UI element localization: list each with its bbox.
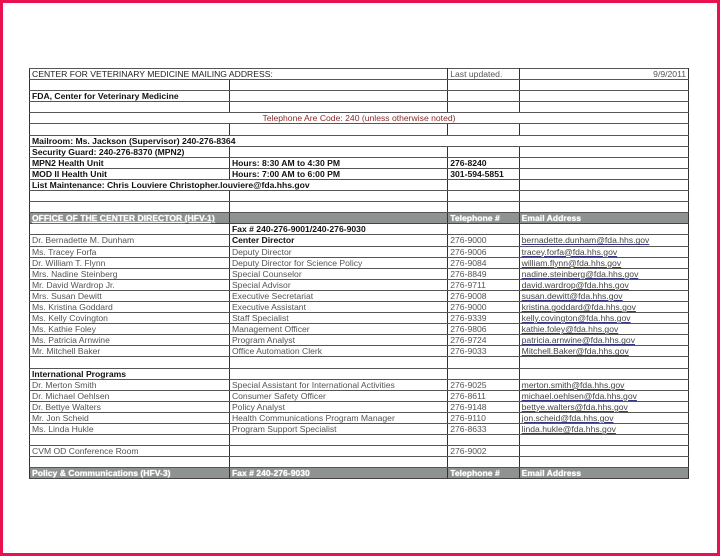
contact-name[interactable]: Dr. Bettye Walters xyxy=(30,401,230,412)
contact-title[interactable]: Program Support Specialist xyxy=(229,424,447,435)
blank-row xyxy=(30,202,689,213)
section2-title[interactable]: Policy & Communications (HFV-3) xyxy=(30,468,230,479)
contact-row: Ms. Kelly CovingtonStaff Specialist276-9… xyxy=(30,313,689,324)
email-link[interactable]: patricia.arnwine@fda.hhs.gov xyxy=(522,335,635,345)
mpn2-label[interactable]: MPN2 Health Unit xyxy=(30,157,230,168)
conference-room[interactable]: CVM OD Conference Room xyxy=(30,446,230,457)
security-info[interactable]: Security Guard: 240-276-8370 (MPN2) xyxy=(30,146,230,157)
security-row: Security Guard: 240-276-8370 (MPN2) xyxy=(30,146,689,157)
sheet-title[interactable]: CENTER FOR VETERINARY MEDICINE MAILING A… xyxy=(30,69,448,80)
contact-title[interactable]: Office Automation Clerk xyxy=(229,346,447,357)
contact-email[interactable]: susan.dewitt@fda.hhs.gov xyxy=(519,290,688,301)
contact-row: Ms. Patricia ArnwineProgram Analyst276-9… xyxy=(30,335,689,346)
contact-name[interactable]: Mr. Mitchell Baker xyxy=(30,346,230,357)
contact-email[interactable]: Mitchell.Baker@fda.hhs.gov xyxy=(519,346,688,357)
contact-name[interactable]: Dr. Bernadette M. Dunham xyxy=(30,235,230,246)
mailroom-row: Mailroom: Ms. Jackson (Supervisor) 240-2… xyxy=(30,135,689,146)
email-link[interactable]: Mitchell.Baker@fda.hhs.gov xyxy=(522,346,629,356)
mpn2-hours[interactable]: Hours: 8:30 AM to 4:30 PM xyxy=(229,157,447,168)
contact-email[interactable]: david.wardrop@fda.hhs.gov xyxy=(519,279,688,290)
contact-email[interactable]: nadine.steinberg@fda.hhs.gov xyxy=(519,268,688,279)
section2-header-row: Policy & Communications (HFV-3) Fax # 24… xyxy=(30,468,689,479)
title-row: CENTER FOR VETERINARY MEDICINE MAILING A… xyxy=(30,69,689,80)
international-title[interactable]: International Programs xyxy=(30,368,230,379)
contact-email[interactable]: bettye.walters@fda.hhs.gov xyxy=(519,401,688,412)
footer-block: CVM OD Conference Room 276-9002 Policy &… xyxy=(30,435,689,479)
mpn2-phone[interactable]: 276-8240 xyxy=(448,157,519,168)
contact-title[interactable]: Special Assistant for International Acti… xyxy=(229,379,447,390)
contact-row: Ms. Linda HukleProgram Support Specialis… xyxy=(30,424,689,435)
blank-row xyxy=(30,80,689,91)
conference-row: CVM OD Conference Room 276-9002 xyxy=(30,446,689,457)
email-link[interactable]: tracey.forfa@fda.hhs.gov xyxy=(522,247,618,257)
blank-row xyxy=(30,357,689,368)
contact-phone[interactable]: 276-9724 xyxy=(448,335,519,346)
contact-email[interactable]: tracey.forfa@fda.hhs.gov xyxy=(519,246,688,257)
section1-contacts: Dr. Bernadette M. DunhamCenter Director2… xyxy=(30,235,689,357)
last-updated-label[interactable]: Last updated. xyxy=(448,69,519,80)
contact-row: Dr. Michael OehlsenConsumer Safety Offic… xyxy=(30,390,689,401)
list-maintenance-row: List Maintenance: Chris Louviere Christo… xyxy=(30,179,689,190)
email-link[interactable]: kristina.goddard@fda.hhs.gov xyxy=(522,302,636,312)
contact-row: Mr. David Wardrop Jr.Special Advisor276-… xyxy=(30,279,689,290)
mod2-label[interactable]: MOD II Health Unit xyxy=(30,168,230,179)
contact-name[interactable]: Dr. William T. Flynn xyxy=(30,257,230,268)
contact-phone[interactable]: 276-8849 xyxy=(448,268,519,279)
contact-name[interactable]: Ms. Kathie Foley xyxy=(30,324,230,335)
contact-row: Dr. Bettye WaltersPolicy Analyst276-9148… xyxy=(30,401,689,412)
contact-row: Dr. Merton SmithSpecial Assistant for In… xyxy=(30,379,689,390)
contact-title[interactable]: Staff Specialist xyxy=(229,313,447,324)
contact-title[interactable]: Consumer Safety Officer xyxy=(229,390,447,401)
blank-row xyxy=(30,457,689,468)
contact-phone[interactable]: 276-9711 xyxy=(448,279,519,290)
contact-name[interactable]: Ms. Kristina Goddard xyxy=(30,301,230,312)
contact-title[interactable]: Health Communications Program Manager xyxy=(229,412,447,423)
blank-row xyxy=(30,124,689,135)
contact-name[interactable]: Dr. Michael Oehlsen xyxy=(30,390,230,401)
contact-name[interactable]: Mrs. Nadine Steinberg xyxy=(30,268,230,279)
contact-phone[interactable]: 276-9084 xyxy=(448,257,519,268)
address-line[interactable]: FDA, Center for Veterinary Medicine xyxy=(30,91,230,102)
email-link[interactable]: susan.dewitt@fda.hhs.gov xyxy=(522,291,623,301)
contact-row: Mrs. Susan DewittExecutive Secretariat27… xyxy=(30,290,689,301)
address-row: FDA, Center for Veterinary Medicine xyxy=(30,91,689,102)
contact-row: Mr. Jon ScheidHealth Communications Prog… xyxy=(30,412,689,423)
contact-email[interactable]: kathie.foley@fda.hhs.gov xyxy=(519,324,688,335)
contact-title[interactable]: Special Counselor xyxy=(229,268,447,279)
contact-phone[interactable]: 276-9148 xyxy=(448,401,519,412)
mpn2-row: MPN2 Health Unit Hours: 8:30 AM to 4:30 … xyxy=(30,157,689,168)
blank-row xyxy=(30,191,689,202)
section1-header-row: OFFICE OF THE CENTER DIRECTOR (HFV-1) Te… xyxy=(30,213,689,224)
contact-phone[interactable]: 276-9000 xyxy=(448,235,519,246)
contact-phone[interactable]: 276-9008 xyxy=(448,290,519,301)
contact-title[interactable]: Special Advisor xyxy=(229,279,447,290)
contact-email[interactable]: william.flynn@fda.hhs.gov xyxy=(519,257,688,268)
contact-phone[interactable]: 276-8633 xyxy=(448,424,519,435)
contact-name[interactable]: Dr. Merton Smith xyxy=(30,379,230,390)
email-link[interactable]: jon.scheid@fda.hhs.gov xyxy=(522,413,614,423)
blank-row xyxy=(30,435,689,446)
contact-title[interactable]: Policy Analyst xyxy=(229,401,447,412)
contact-title[interactable]: Center Director xyxy=(229,235,447,246)
section2-fax[interactable]: Fax # 240-276-9030 xyxy=(229,468,447,479)
email-link[interactable]: bettye.walters@fda.hhs.gov xyxy=(522,402,628,412)
contact-title[interactable]: Management Officer xyxy=(229,324,447,335)
blank-row xyxy=(30,102,689,113)
contact-name[interactable]: Mr. Jon Scheid xyxy=(30,412,230,423)
email-link[interactable]: william.flynn@fda.hhs.gov xyxy=(522,258,621,268)
list-maintenance[interactable]: List Maintenance: Chris Louviere Christo… xyxy=(30,179,448,190)
contact-title[interactable]: Deputy Director for Science Policy xyxy=(229,257,447,268)
section1-fax[interactable]: Fax # 240-276-9001/240-276-9030 xyxy=(229,224,447,235)
contact-name[interactable]: Ms. Tracey Forfa xyxy=(30,246,230,257)
contact-phone[interactable]: 276-9033 xyxy=(448,346,519,357)
section2-col-email[interactable]: Email Address xyxy=(519,468,688,479)
contact-email[interactable]: michael.oehlsen@fda.hhs.gov xyxy=(519,390,688,401)
contact-phone[interactable]: 276-9000 xyxy=(448,301,519,312)
contact-email[interactable]: merton.smith@fda.hhs.gov xyxy=(519,379,688,390)
contact-email[interactable]: patricia.arnwine@fda.hhs.gov xyxy=(519,335,688,346)
email-link[interactable]: nadine.steinberg@fda.hhs.gov xyxy=(522,269,639,279)
section2-col-phone[interactable]: Telephone # xyxy=(448,468,519,479)
mod2-row: MOD II Health Unit Hours: 7:00 AM to 6:0… xyxy=(30,168,689,179)
contact-phone[interactable]: 276-9025 xyxy=(448,379,519,390)
contact-email[interactable]: kelly.covington@fda.hhs.gov xyxy=(519,313,688,324)
col-phone-header[interactable]: Telephone # xyxy=(448,213,519,224)
contact-email[interactable]: jon.scheid@fda.hhs.gov xyxy=(519,412,688,423)
contact-email[interactable]: bernadette.dunham@fda.hhs.gov xyxy=(519,235,688,246)
email-link[interactable]: kelly.covington@fda.hhs.gov xyxy=(522,313,631,323)
contact-name[interactable]: Ms. Kelly Covington xyxy=(30,313,230,324)
contact-phone[interactable]: 276-9110 xyxy=(448,412,519,423)
email-link[interactable]: kathie.foley@fda.hhs.gov xyxy=(522,324,619,334)
contact-phone[interactable]: 276-9339 xyxy=(448,313,519,324)
contact-row: Mr. Mitchell BakerOffice Automation Cler… xyxy=(30,346,689,357)
contact-name[interactable]: Ms. Patricia Arnwine xyxy=(30,335,230,346)
contact-title[interactable]: Executive Assistant xyxy=(229,301,447,312)
email-link[interactable]: bernadette.dunham@fda.hhs.gov xyxy=(522,235,650,245)
international-title-row: International Programs xyxy=(30,368,689,379)
international-contacts: Dr. Merton SmithSpecial Assistant for In… xyxy=(30,379,689,434)
contact-phone[interactable]: 276-9806 xyxy=(448,324,519,335)
contact-title[interactable]: Deputy Director xyxy=(229,246,447,257)
contact-phone[interactable]: 276-8611 xyxy=(448,390,519,401)
mod2-phone[interactable]: 301-594-5851 xyxy=(448,168,519,179)
contact-row: Ms. Kathie FoleyManagement Officer276-98… xyxy=(30,324,689,335)
contact-name[interactable]: Mrs. Susan Dewitt xyxy=(30,290,230,301)
contact-name[interactable]: Ms. Linda Hukle xyxy=(30,424,230,435)
contact-title[interactable]: Program Analyst xyxy=(229,335,447,346)
last-updated-value[interactable]: 9/9/2011 xyxy=(519,69,688,80)
contact-row: Dr. Bernadette M. DunhamCenter Director2… xyxy=(30,235,689,246)
international-block: International Programs xyxy=(30,357,689,379)
email-link[interactable]: david.wardrop@fda.hhs.gov xyxy=(522,280,629,290)
contact-phone[interactable]: 276-9006 xyxy=(448,246,519,257)
fax-row: Fax # 240-276-9001/240-276-9030 xyxy=(30,224,689,235)
contact-row: Ms. Kristina GoddardExecutive Assistant2… xyxy=(30,301,689,312)
email-link[interactable]: merton.smith@fda.hhs.gov xyxy=(522,380,625,390)
contact-row: Dr. William T. FlynnDeputy Director for … xyxy=(30,257,689,268)
email-link[interactable]: michael.oehlsen@fda.hhs.gov xyxy=(522,391,637,401)
contact-name[interactable]: Mr. David Wardrop Jr. xyxy=(30,279,230,290)
mailroom-info[interactable]: Mailroom: Ms. Jackson (Supervisor) 240-2… xyxy=(30,135,689,146)
contact-spreadsheet: CENTER FOR VETERINARY MEDICINE MAILING A… xyxy=(29,68,689,479)
email-link[interactable]: linda.hukle@fda.hhs.gov xyxy=(522,424,616,434)
contact-email[interactable]: kristina.goddard@fda.hhs.gov xyxy=(519,301,688,312)
contact-email[interactable]: linda.hukle@fda.hhs.gov xyxy=(519,424,688,435)
contact-row: Mrs. Nadine SteinbergSpecial Counselor27… xyxy=(30,268,689,279)
col-email-header[interactable]: Email Address xyxy=(519,213,688,224)
area-code-note[interactable]: Telephone Are Code: 240 (unless otherwis… xyxy=(30,113,689,124)
contact-row: Ms. Tracey ForfaDeputy Director276-9006t… xyxy=(30,246,689,257)
area-code-row: Telephone Are Code: 240 (unless otherwis… xyxy=(30,113,689,124)
section1-title[interactable]: OFFICE OF THE CENTER DIRECTOR (HFV-1) xyxy=(30,213,230,224)
conference-phone[interactable]: 276-9002 xyxy=(448,446,519,457)
contact-title[interactable]: Executive Secretariat xyxy=(229,290,447,301)
mod2-hours[interactable]: Hours: 7:00 AM to 6:00 PM xyxy=(229,168,447,179)
